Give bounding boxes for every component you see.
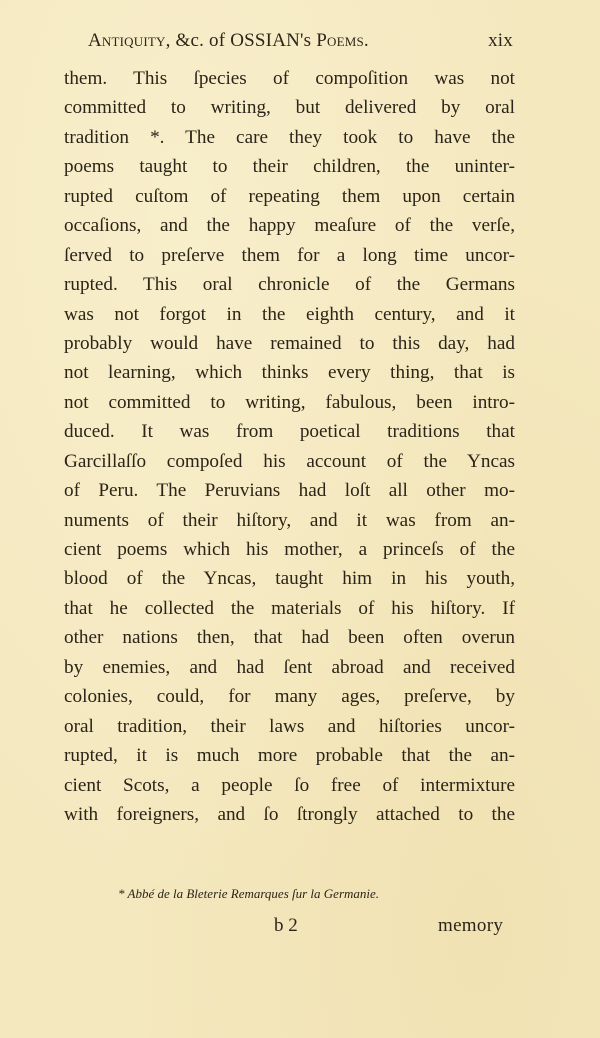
text-line: rupted. This oral chronicle of the Germa… bbox=[64, 270, 515, 299]
title-small-caps: ntiquity bbox=[102, 30, 166, 51]
text-line: poems taught to their children, the unin… bbox=[64, 152, 515, 181]
text-line: blood of the Yncas, taught him in his yo… bbox=[64, 564, 515, 593]
text-line: duced. It was from poetical traditions t… bbox=[64, 417, 515, 446]
text-line: Garcillaſſo compoſed his account of the … bbox=[64, 447, 515, 476]
title-initial: A bbox=[88, 30, 102, 51]
running-head-title: Antiquity, &c. of OSSIAN's Poems. bbox=[88, 30, 369, 52]
text-line: that he collected the materials of his h… bbox=[64, 594, 515, 623]
body-text: them. This ſpecies of compoſition was no… bbox=[64, 64, 515, 829]
text-line: numents of their hiſtory, and it was fro… bbox=[64, 506, 515, 535]
page-number: xix bbox=[488, 30, 513, 52]
text-line: cient poems which his mother, a princeſs… bbox=[64, 535, 515, 564]
text-line: with foreigners, and ſo ſtrongly attache… bbox=[64, 800, 515, 829]
text-line: other nations then, that had been often … bbox=[64, 623, 515, 652]
text-line: cient Scots, a people ſo free of intermi… bbox=[64, 771, 515, 800]
text-line: rupted cuſtom of repeating them upon cer… bbox=[64, 182, 515, 211]
text-line: probably would have remained to this day… bbox=[64, 329, 515, 358]
catchword: memory bbox=[438, 915, 503, 937]
text-line: of Peru. The Peruvians had loſt all othe… bbox=[64, 476, 515, 505]
title-end: . bbox=[364, 30, 369, 51]
text-line: rupted, it is much more probable that th… bbox=[64, 741, 515, 770]
text-line: ſerved to preſerve them for a long time … bbox=[64, 241, 515, 270]
book-page: Antiquity, &c. of OSSIAN's Poems. xix th… bbox=[0, 0, 600, 1038]
text-line: not learning, which thinks every thing, … bbox=[64, 358, 515, 387]
text-line: oral tradition, their laws and hiſtories… bbox=[64, 712, 515, 741]
text-line: them. This ſpecies of compoſition was no… bbox=[64, 64, 515, 93]
running-head: Antiquity, &c. of OSSIAN's Poems. xix bbox=[88, 30, 513, 60]
title-middle: , &c. of OSSIAN's bbox=[166, 30, 317, 51]
signature-mark: b 2 bbox=[274, 915, 298, 937]
footnote: * Abbé de la Bleterie Remarques ſur la G… bbox=[118, 886, 478, 902]
text-line: was not forgot in the eighth century, an… bbox=[64, 300, 515, 329]
text-line: occaſions, and the happy meaſure of the … bbox=[64, 211, 515, 240]
text-line: committed to writing, but delivered by o… bbox=[64, 93, 515, 122]
text-line: by enemies, and had ſent abroad and rece… bbox=[64, 653, 515, 682]
text-line: colonies, could, for many ages, preſerve… bbox=[64, 682, 515, 711]
title-small-caps-2: oems bbox=[327, 30, 364, 51]
text-line: not committed to writing, fabulous, been… bbox=[64, 388, 515, 417]
title-initial-2: P bbox=[316, 30, 327, 51]
text-line: tradition *. The care they took to have … bbox=[64, 123, 515, 152]
